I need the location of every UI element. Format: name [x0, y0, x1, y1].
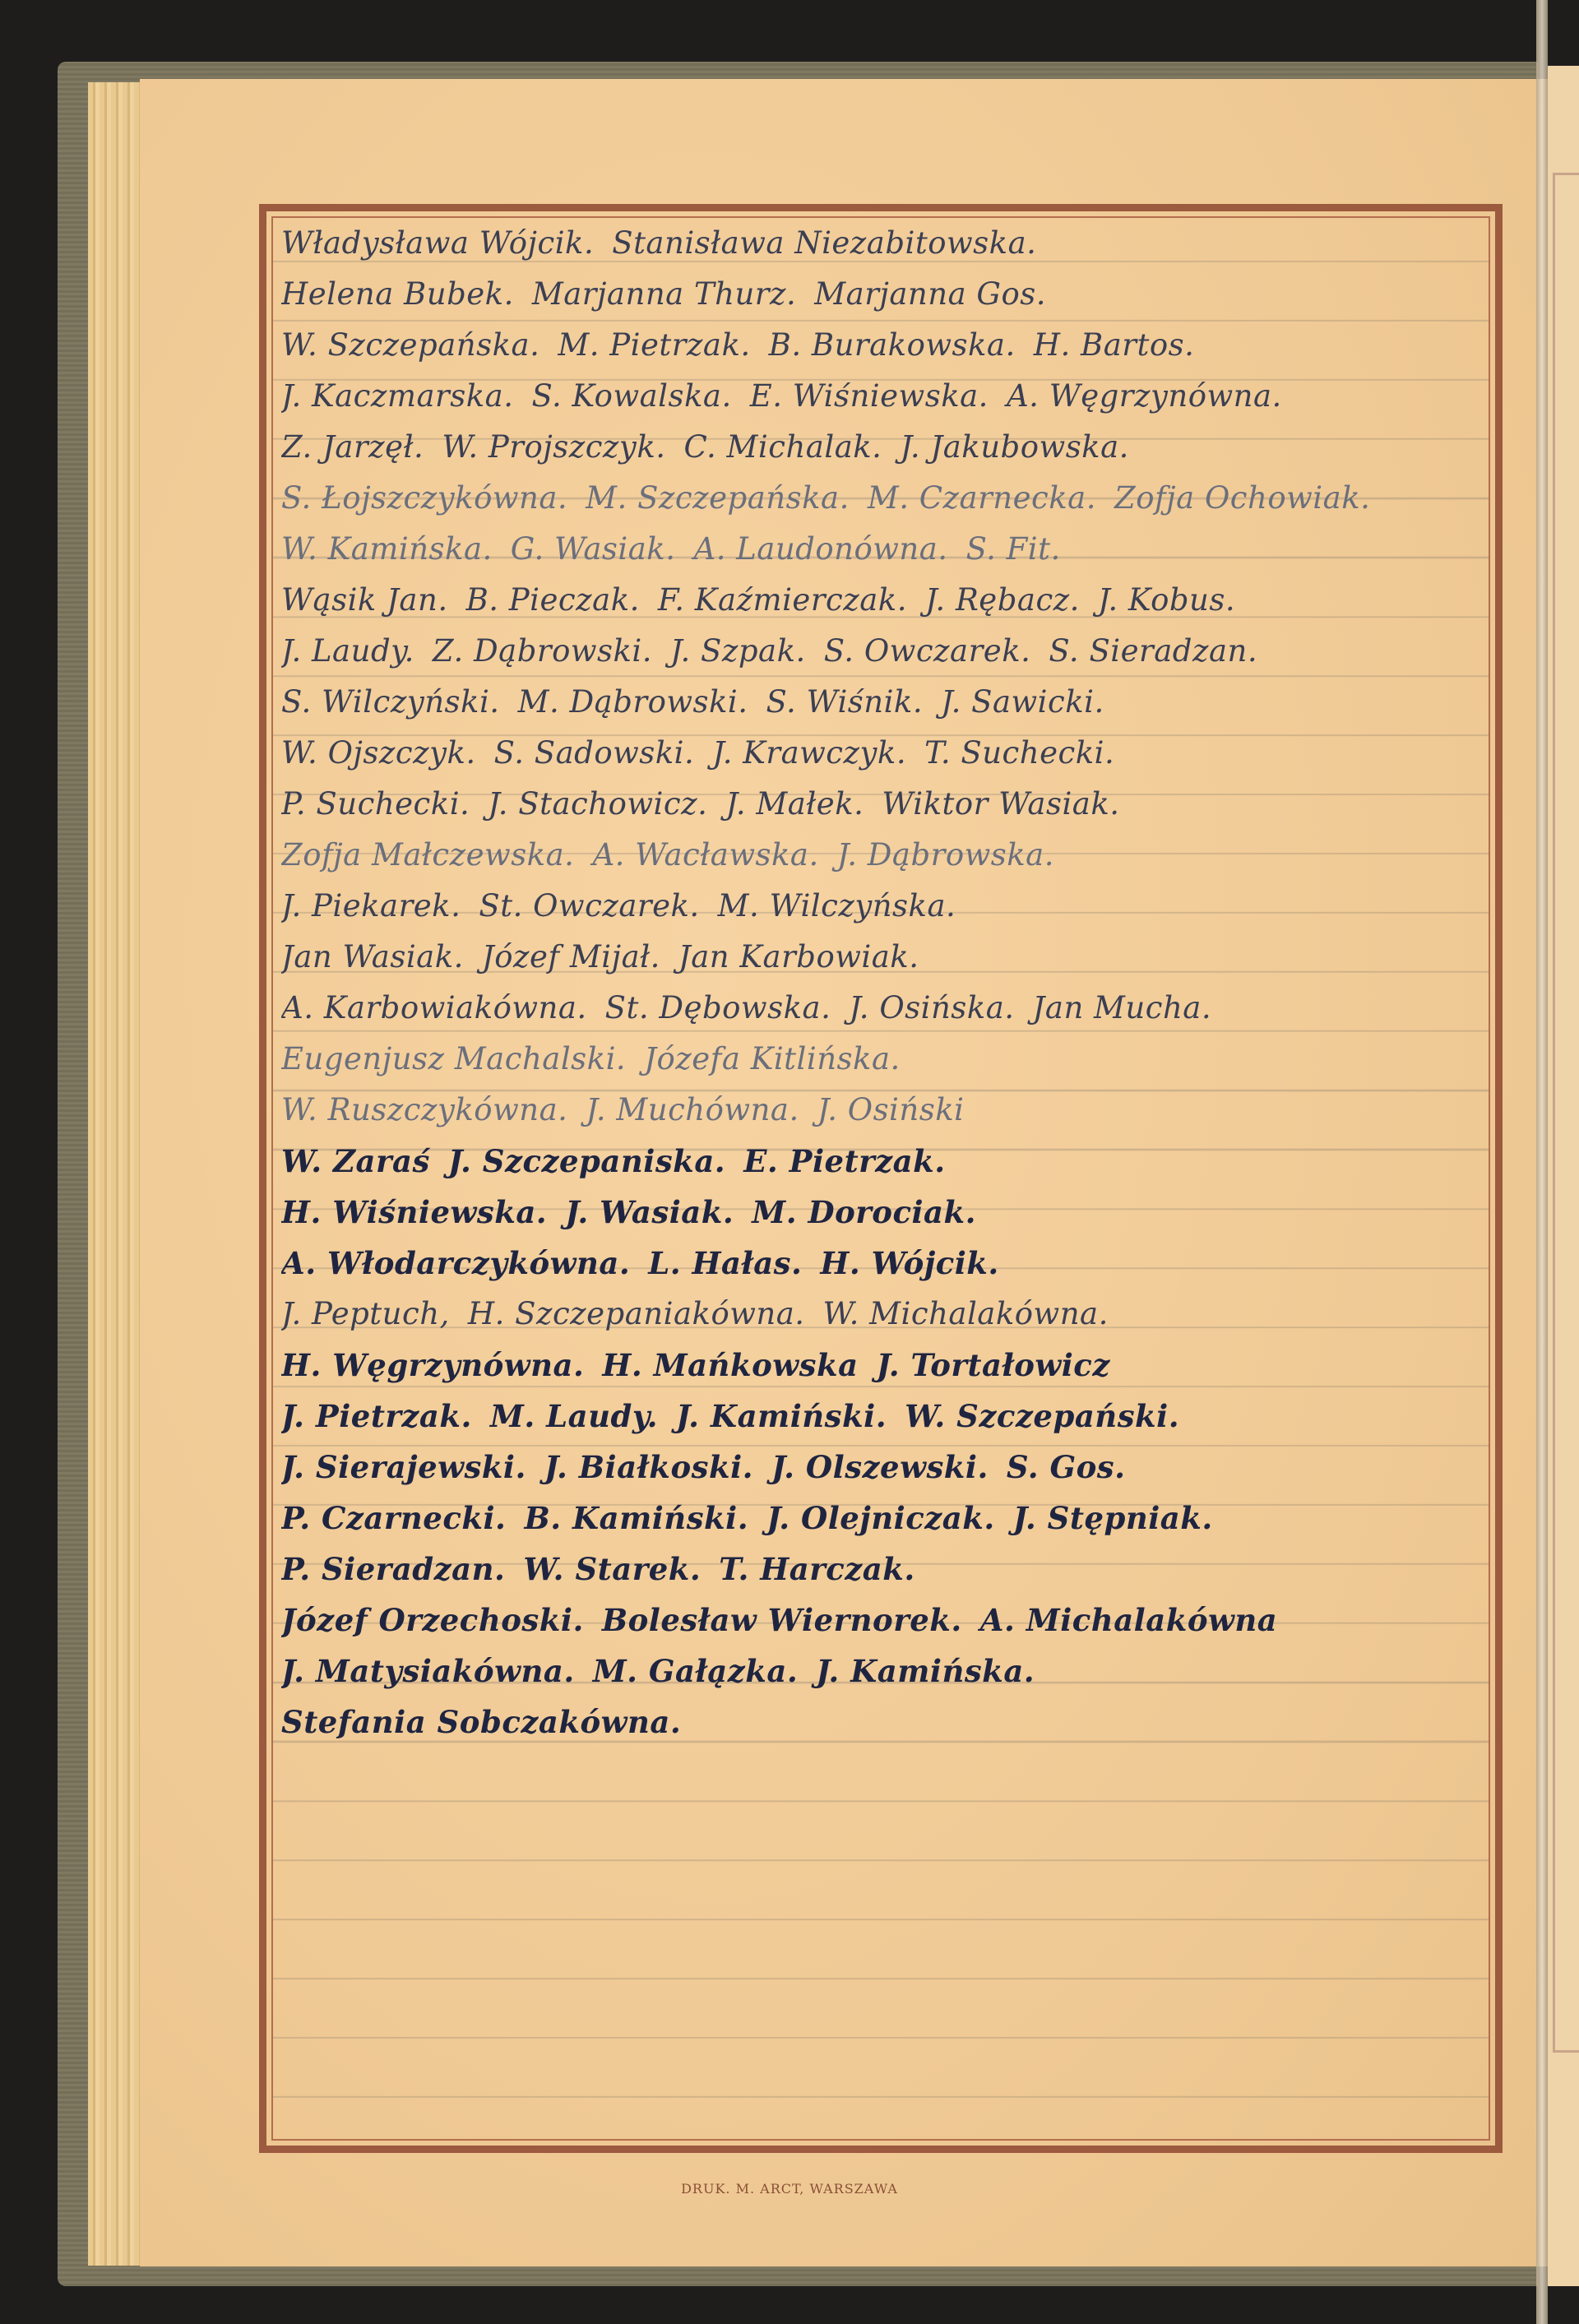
- signature-line: Eugenjusz Machalski.Józefa Kitlińska.: [281, 1034, 1487, 1085]
- signature: S. Sadowski.: [494, 735, 695, 771]
- signature: W. Kamińska.: [281, 531, 493, 567]
- signature: S. Łojszczykówna.: [281, 480, 567, 516]
- signature: M. Szczepańska.: [586, 480, 850, 516]
- signature-line: H. Wiśniewska.J. Wasiak.M. Dorociak.: [281, 1187, 1487, 1238]
- signature: A. Włodarczykówna.: [281, 1245, 630, 1281]
- signature: W. Michalakówna.: [823, 1296, 1109, 1331]
- signature: Z. Jarzęł.: [281, 429, 424, 465]
- signature-line: J. Peptuch,H. Szczepaniakówna.W. Michala…: [281, 1289, 1487, 1340]
- signature: Stanisława Niezabitowska.: [612, 225, 1036, 261]
- signature: J. Kaczmarska.: [281, 378, 513, 414]
- signature: B. Kamiński.: [524, 1500, 748, 1536]
- signature: J. Kobus.: [1098, 582, 1235, 618]
- signature: M. Laudy.: [490, 1398, 658, 1434]
- signature: A. Wacławska.: [592, 837, 818, 873]
- signature-line: Z. Jarzęł.W. Projszczyk.C. Michalak.J. J…: [281, 422, 1487, 473]
- signature-line: P. Sieradzan.W. Starek.T. Harczak.: [281, 1544, 1487, 1595]
- signature-line: J. Pietrzak.M. Laudy.J. Kamiński.W. Szcz…: [281, 1391, 1487, 1442]
- signature: L. Hałas.: [648, 1245, 802, 1281]
- signature: S. Fit.: [966, 531, 1061, 567]
- signature: W. Starek.: [523, 1551, 701, 1587]
- signature: M. Gałązka.: [593, 1653, 799, 1689]
- signature: Wąsik Jan.: [281, 582, 448, 618]
- signature: P. Sieradzan.: [281, 1551, 505, 1587]
- signature: M. Pietrzak.: [558, 327, 750, 363]
- signature: J. Osiński: [817, 1092, 965, 1127]
- signature-list: Władysława Wójcik.Stanisława Niezabitows…: [281, 218, 1487, 1748]
- signature-line: J. Sierajewski.J. Białkoski.J. Olszewski…: [281, 1442, 1487, 1493]
- signature: H. Bartos.: [1034, 327, 1195, 363]
- signature-line: Zofja Małczewska.A. Wacławska.J. Dąbrows…: [281, 830, 1487, 881]
- signature: J. Tortałowicz: [877, 1347, 1110, 1383]
- signature: P. Suchecki.: [281, 786, 470, 822]
- signature-line: J. Matysiakówna.M. Gałązka.J. Kamińska.: [281, 1646, 1487, 1697]
- signature-line: P. Suchecki.J. Stachowicz.J. Małek.Wikto…: [281, 779, 1487, 830]
- signature-line: W. ZaraśJ. Szczepaniska.E. Pietrzak.: [281, 1136, 1487, 1187]
- signature-line: J. Kaczmarska.S. Kowalska.E. Wiśniewska.…: [281, 371, 1487, 422]
- signature: M. Wilczyńska.: [718, 888, 956, 924]
- signature: W. Ruszczykówna.: [281, 1092, 567, 1127]
- signature: J. Dąbrowska.: [837, 837, 1054, 873]
- signature: J. Kamiński.: [676, 1398, 887, 1434]
- signature: A. Węgrzynówna.: [1007, 378, 1282, 414]
- signature: J. Wasiak.: [565, 1194, 734, 1230]
- signature: Józef Orzechoski.: [281, 1602, 584, 1638]
- signature-line: H. Węgrzynówna.H. MańkowskaJ. Tortałowic…: [281, 1340, 1487, 1391]
- signature: G. Wasiak.: [511, 531, 676, 567]
- signature: W. Szczepańska.: [281, 327, 539, 363]
- signature: H. Mańkowska: [602, 1347, 858, 1383]
- signature-line: J. Piekarek.St. Owczarek.M. Wilczyńska.: [281, 881, 1487, 932]
- signature-line: Stefania Sobczakówna.: [281, 1697, 1487, 1748]
- signature-line: Józef Orzechoski.Bolesław Wiernorek.A. M…: [281, 1595, 1487, 1646]
- signature: H. Wiśniewska.: [281, 1194, 547, 1230]
- signature: J. Pietrzak.: [281, 1398, 472, 1434]
- signature: M. Dorociak.: [752, 1194, 976, 1230]
- signature: S. Kowalska.: [531, 378, 731, 414]
- signature: E. Wiśniewska.: [750, 378, 989, 414]
- signature: Wiktor Wasiak.: [882, 786, 1119, 822]
- signature-line: W. Szczepańska.M. Pietrzak.B. Burakowska…: [281, 320, 1487, 371]
- signature: Władysława Wójcik.: [281, 225, 594, 261]
- signature: Z. Dąbrowski.: [433, 633, 652, 669]
- signature: J. Stachowicz.: [488, 786, 707, 822]
- signature-line: Władysława Wójcik.Stanisława Niezabitows…: [281, 218, 1487, 269]
- signature: J. Rębacz.: [925, 582, 1080, 618]
- signature: Zofja Ochowiak.: [1114, 480, 1370, 516]
- signature-line: A. Karbowiakówna.St. Dębowska.J. Osińska…: [281, 983, 1487, 1034]
- signature: S. Wilczyński.: [281, 684, 500, 720]
- signature: St. Owczarek.: [479, 888, 699, 924]
- signature: S. Owczarek.: [824, 633, 1031, 669]
- signature: Eugenjusz Machalski.: [281, 1041, 626, 1076]
- signature-line: A. Włodarczykówna.L. Hałas.H. Wójcik.: [281, 1238, 1487, 1289]
- signature: Jan Wasiak.: [281, 939, 464, 975]
- signature: W. Szczepański.: [905, 1398, 1179, 1434]
- signature: Jan Karbowiak.: [678, 939, 919, 975]
- signature: J. Peptuch,: [281, 1296, 450, 1331]
- signature: Jan Mucha.: [1033, 990, 1212, 1025]
- signature: S. Gos.: [1007, 1449, 1126, 1485]
- signature: W. Projszczyk.: [442, 429, 665, 465]
- signature: J. Piekarek.: [281, 888, 461, 924]
- signature: Józef Mijał.: [482, 939, 660, 975]
- signature-line: P. Czarnecki.B. Kamiński.J. Olejniczak.J…: [281, 1493, 1487, 1544]
- signature: A. Laudonówna.: [693, 531, 947, 567]
- signature: J. Krawczyk.: [712, 735, 906, 771]
- book-gutter: [1536, 0, 1548, 2324]
- signature: H. Szczepaniakówna.: [468, 1296, 805, 1331]
- signature: P. Czarnecki.: [281, 1500, 506, 1536]
- signature: J. Laudy.: [281, 633, 414, 669]
- signature: J. Sierajewski.: [281, 1449, 526, 1485]
- signature: St. Dębowska.: [605, 990, 831, 1025]
- facing-page-frame: [1553, 173, 1579, 2053]
- signature-frame: Władysława Wójcik.Stanisława Niezabitows…: [259, 204, 1503, 2153]
- signature: M. Czarnecka.: [868, 480, 1096, 516]
- signature-line: Wąsik Jan.B. Pieczak.F. Kaźmierczak.J. R…: [281, 575, 1487, 626]
- signature: J. Szczepaniska.: [448, 1143, 725, 1179]
- signature: T. Suchecki.: [924, 735, 1114, 771]
- signature-line: S. Wilczyński.M. Dąbrowski.S. Wiśnik.J. …: [281, 677, 1487, 728]
- signature: J. Olszewski.: [771, 1449, 989, 1485]
- signature: C. Michalak.: [684, 429, 882, 465]
- signature: B. Pieczak.: [466, 582, 640, 618]
- signature-line: W. Kamińska.G. Wasiak.A. Laudonówna.S. F…: [281, 524, 1487, 575]
- signature: Marjanna Thurz.: [532, 276, 796, 312]
- signature: S. Sieradzan.: [1049, 633, 1257, 669]
- signature: J. Szpak.: [670, 633, 806, 669]
- signature: A. Karbowiakówna.: [281, 990, 587, 1025]
- signature: Bolesław Wiernorek.: [602, 1602, 962, 1638]
- signature-line: W. Ojszczyk.S. Sadowski.J. Krawczyk.T. S…: [281, 728, 1487, 779]
- signature: B. Burakowska.: [769, 327, 1016, 363]
- printer-imprint: DRUK. M. ARCT, WARSZAWA: [0, 2181, 1579, 2197]
- signature: S. Wiśnik.: [766, 684, 924, 720]
- signature: J. Kamińska.: [816, 1653, 1035, 1689]
- signature-line: J. Laudy.Z. Dąbrowski.J. Szpak.S. Owczar…: [281, 626, 1487, 677]
- signature: J. Matysiakówna.: [281, 1653, 575, 1689]
- signature: J. Sawicki.: [941, 684, 1104, 720]
- signature: Helena Bubek.: [281, 276, 514, 312]
- signature-line: Helena Bubek.Marjanna Thurz.Marjanna Gos…: [281, 269, 1487, 320]
- signature: Zofja Małczewska.: [281, 837, 574, 873]
- signature: J. Stępniak.: [1013, 1500, 1213, 1536]
- signature: H. Węgrzynówna.: [281, 1347, 584, 1383]
- signature: F. Kaźmierczak.: [658, 582, 907, 618]
- signature: H. Wójcik.: [820, 1245, 998, 1281]
- signature: J. Osińska.: [849, 990, 1014, 1025]
- signature: W. Ojszczyk.: [281, 735, 476, 771]
- signature: Stefania Sobczakówna.: [281, 1704, 681, 1740]
- signature-line: W. Ruszczykówna.J. Muchówna.J. Osiński: [281, 1085, 1487, 1136]
- signature: J. Białkoski.: [544, 1449, 753, 1485]
- signature: J. Muchówna.: [586, 1092, 799, 1127]
- signature: M. Dąbrowski.: [518, 684, 748, 720]
- signature: T. Harczak.: [719, 1551, 915, 1587]
- signature: J. Olejniczak.: [766, 1500, 995, 1536]
- signature: A. Michalakówna: [980, 1602, 1277, 1638]
- page-edges: [88, 82, 141, 2266]
- signature: J. Małek.: [725, 786, 864, 822]
- signature: Józefa Kitlińska.: [644, 1041, 901, 1076]
- signature-line: Jan Wasiak.Józef Mijał.Jan Karbowiak.: [281, 932, 1487, 983]
- signature: J. Jakubowska.: [900, 429, 1128, 465]
- signature: Marjanna Gos.: [814, 276, 1046, 312]
- signature-line: S. Łojszczykówna.M. Szczepańska.M. Czarn…: [281, 473, 1487, 524]
- signature: W. Zaraś: [281, 1143, 430, 1179]
- signature: E. Pietrzak.: [743, 1143, 945, 1179]
